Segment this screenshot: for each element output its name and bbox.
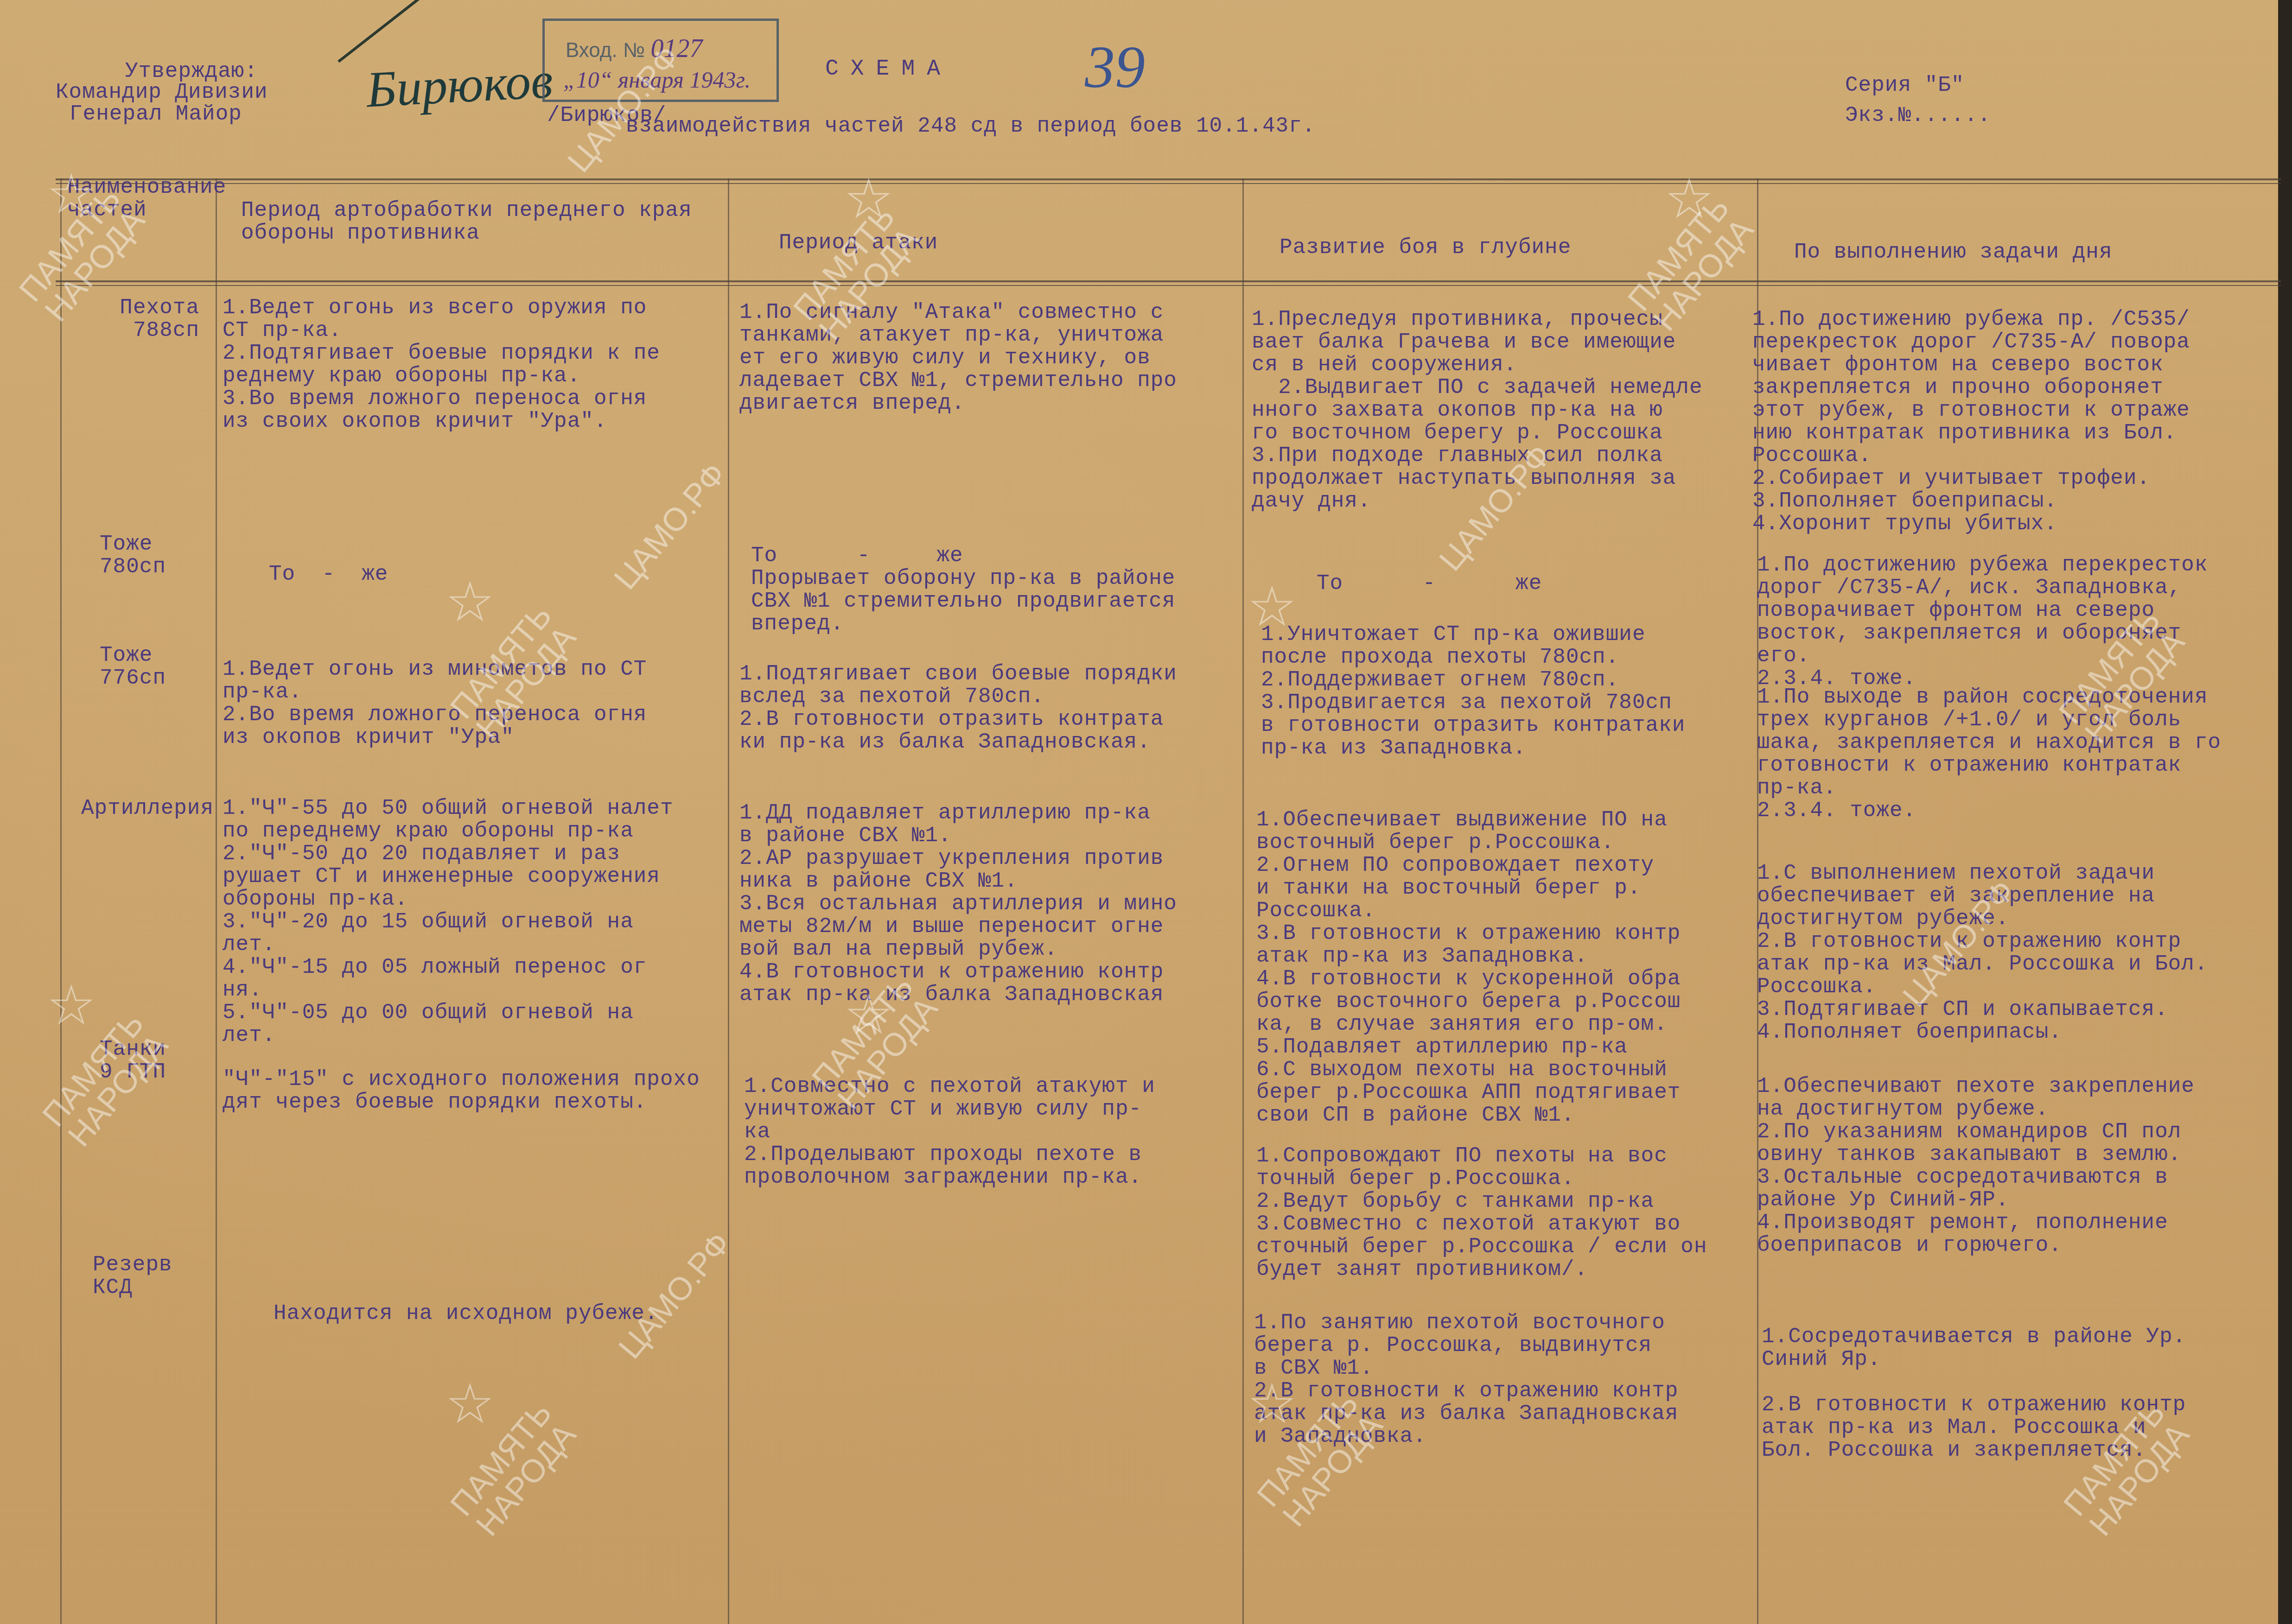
table-top-rule bbox=[56, 178, 2281, 180]
row5-depth: 1.Сопровождают ПО пехоты на вос точный б… bbox=[1256, 1145, 1707, 1281]
col-rule-0 bbox=[60, 178, 62, 1624]
row3-daytask: 1.По выходе в район сосредоточения трех … bbox=[1757, 686, 2221, 822]
row2-attack: То - же Прорывает оборону пр-ка в районе… bbox=[751, 545, 1175, 635]
col-rule-3 bbox=[1242, 178, 1244, 1624]
row5-daytask: 1.Обеспечивают пехоте закрепление на дос… bbox=[1757, 1075, 2195, 1257]
col-header-artprep: Период артобработки переднего края оборо… bbox=[241, 199, 705, 245]
row6-unit: Резерв КСД bbox=[93, 1254, 172, 1299]
row1-depth: 1.Преследуя противника, прочесы вает бал… bbox=[1252, 308, 1703, 513]
watermark-star-icon: ☆ bbox=[1247, 1372, 1297, 1436]
row3-unit: Тоже 776сп bbox=[100, 644, 166, 690]
col-rule-1 bbox=[216, 178, 217, 1624]
row4-depth: 1.Обеспечивает выдвижение ПО на восточны… bbox=[1256, 809, 1681, 1127]
watermark-star-icon: ☆ bbox=[844, 983, 894, 1047]
table-top-rule-double bbox=[56, 183, 2281, 184]
row4-artprep: 1."Ч"-55 до 50 общий огневой налет по пе… bbox=[223, 797, 674, 1047]
stamp-label: Вход. № bbox=[566, 39, 645, 62]
row3-artprep: 1.Ведет огонь из минометов по СТ пр-ка. … bbox=[223, 658, 647, 749]
watermark-star-icon: ☆ bbox=[445, 570, 495, 634]
copy-number: Экз.№...... bbox=[1845, 104, 1991, 127]
signature: Бирюков bbox=[365, 51, 554, 120]
document-title: СХЕМА bbox=[825, 58, 952, 81]
col-rule-2 bbox=[728, 178, 729, 1624]
document-subtitle: взаимодействия частей 248 сд в период бо… bbox=[626, 115, 1315, 138]
watermark-star-icon: ☆ bbox=[1664, 167, 1714, 231]
row6-artprep: Находится на исходном рубеже. bbox=[274, 1302, 658, 1325]
row5-attack: 1.Совместно с пехотой атакуют и уничтожа… bbox=[744, 1075, 1155, 1189]
row3-depth: 1.Уничтожает СТ пр-ка ожившие после прох… bbox=[1261, 623, 1685, 760]
row4-attack: 1.ДД подавляет артиллерию пр-ка в районе… bbox=[739, 802, 1177, 1006]
series-label: Серия "Б" bbox=[1845, 74, 1964, 97]
row1-unit: Пехота 788сп bbox=[88, 297, 199, 342]
header-bottom-rule bbox=[56, 280, 2281, 282]
row1-daytask: 1.По достижению рубежа пр. /С535/ перекр… bbox=[1752, 308, 2190, 535]
approval-line2: Командир Дивизии bbox=[56, 81, 268, 104]
scan-edge bbox=[2278, 0, 2292, 1624]
watermark-star-icon: ☆ bbox=[445, 1372, 495, 1436]
watermark-star-icon: ☆ bbox=[46, 973, 96, 1038]
watermark-star-icon: ☆ bbox=[46, 162, 96, 227]
watermark-star-icon: ☆ bbox=[844, 167, 894, 231]
page-number: 39 bbox=[1085, 32, 1145, 102]
header-bottom-rule-double bbox=[56, 285, 2281, 286]
row1-artprep: 1.Ведет огонь из всего оружия по СТ пр-к… bbox=[223, 297, 660, 433]
row2-artprep: То - же bbox=[269, 563, 388, 586]
watermark-star-icon: ☆ bbox=[1247, 575, 1297, 639]
row5-artprep: "Ч"-"15" с исходного положения прохо дят… bbox=[223, 1068, 700, 1114]
row3-attack: 1.Подтягивает свои боевые порядки вслед … bbox=[739, 663, 1177, 754]
col-header-daytask: По выполнению задачи дня bbox=[1794, 241, 2113, 264]
row2-depth: То - же bbox=[1317, 572, 1542, 595]
row2-unit: Тоже 780сп bbox=[100, 533, 166, 578]
approval-line1: Утверждаю: bbox=[125, 60, 258, 83]
approval-line3: Генерал Майор bbox=[70, 103, 242, 126]
col-header-depth: Развитие боя в глубине bbox=[1280, 236, 1571, 259]
row4-unit: Артиллерия bbox=[81, 797, 214, 820]
